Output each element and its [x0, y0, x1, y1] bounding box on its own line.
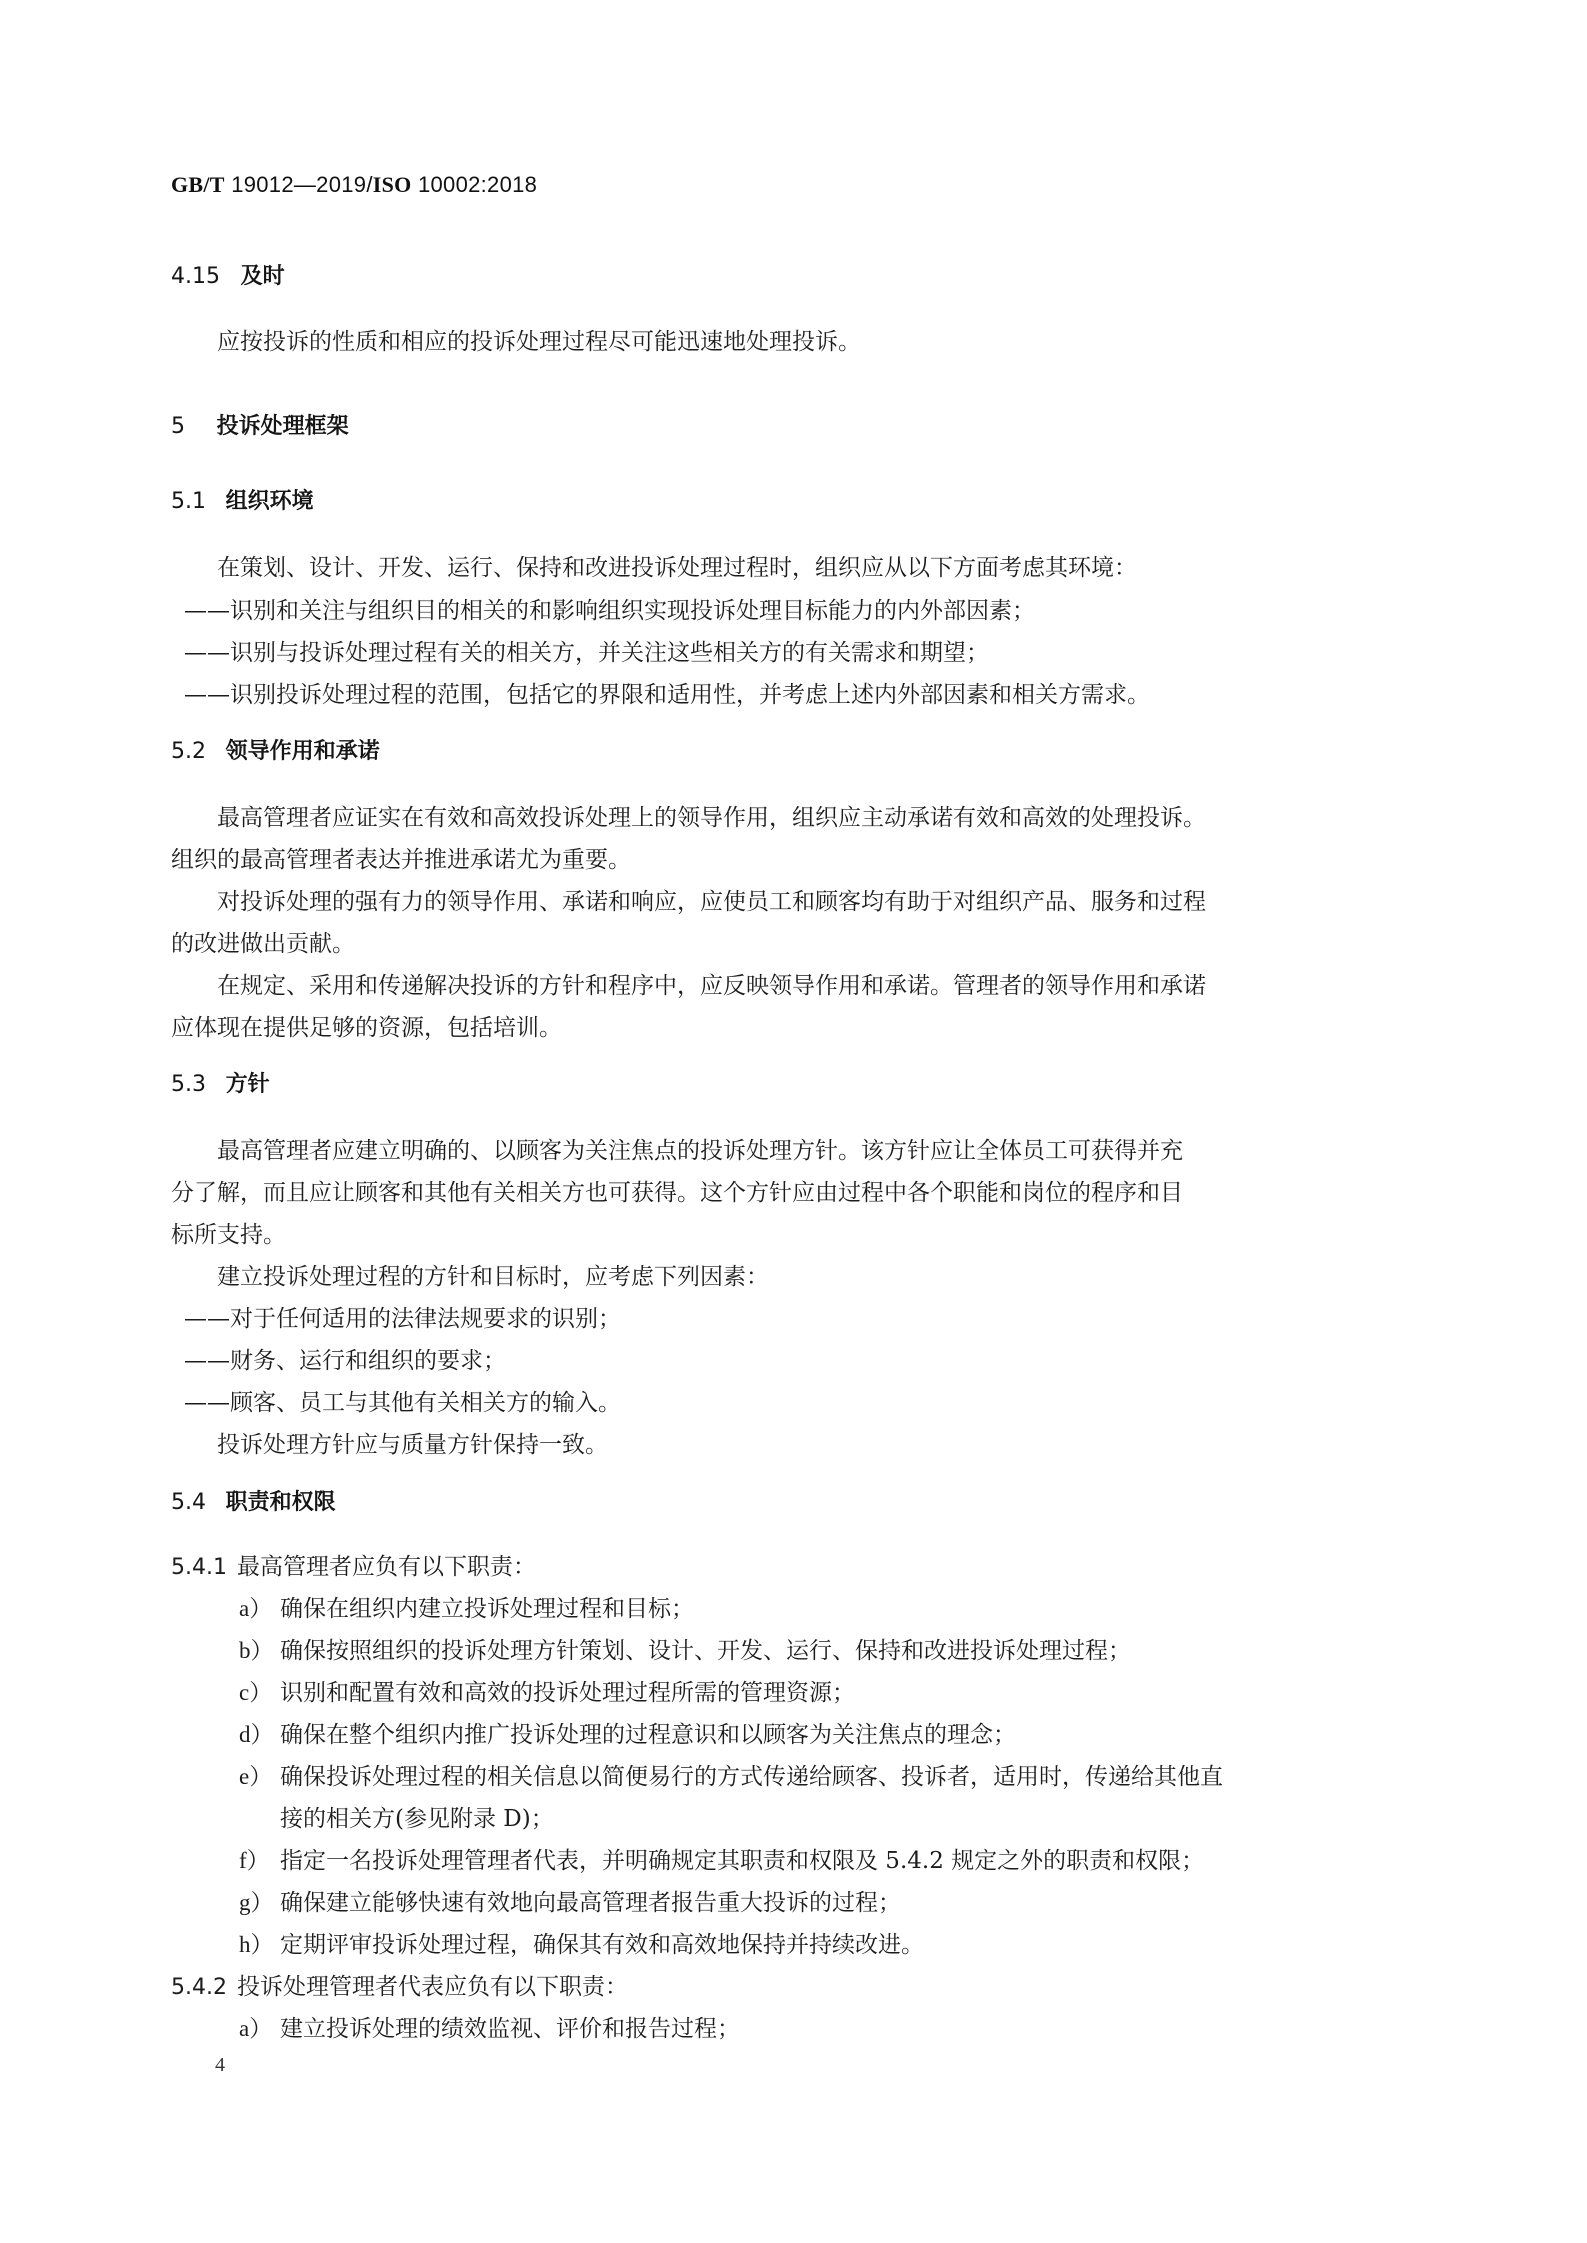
section-title: 领导作用和承诺 [226, 737, 380, 767]
section-heading-5-2: 5.2 领导作用和承诺 [171, 737, 380, 767]
subsection-intro: 投诉处理管理者代表应负有以下职责： [237, 1974, 628, 2000]
list-item: e）确保投诉处理过程的相关信息以简便易行的方式传递给顾客、投诉者，适用时，传递给… [239, 1762, 1223, 1792]
iso-number: 10002:2018 [418, 172, 537, 197]
document-page: GB/T 19012—2019/ISO 10002:2018 4.15 及时 应… [0, 0, 1587, 2243]
section-heading-5-4: 5.4 职责和权限 [171, 1488, 336, 1518]
list-item-text: 指定一名投诉处理管理者代表，并明确规定其职责和权限及 5.4.2 规定之外的职责… [280, 1848, 1204, 1874]
list-item-text: 确保在组织内建立投诉处理过程和目标； [280, 1596, 694, 1622]
standard-header: GB/T 19012—2019/ISO 10002:2018 [171, 172, 537, 198]
list-item: a）确保在组织内建立投诉处理过程和目标； [239, 1594, 694, 1624]
list-marker: b） [239, 1636, 280, 1666]
paragraph: 在策划、设计、开发、运行、保持和改进投诉处理过程时，组织应从以下方面考虑其环境： [217, 553, 1137, 583]
iso-prefix: ISO [373, 172, 412, 197]
list-item: h）定期评审投诉处理过程，确保其有效和高效地保持并持续改进。 [239, 1930, 924, 1960]
list-item-text: 确保按照组织的投诉处理方针策划、设计、开发、运行、保持和改进投诉处理过程； [280, 1638, 1131, 1664]
list-marker: a） [239, 1594, 280, 1624]
section-number: 5.2 [171, 737, 218, 767]
section-number: 4.15 [171, 262, 233, 292]
list-marker: a） [239, 2014, 280, 2044]
list-item-continuation: 接的相关方(参见附录 D)； [280, 1804, 554, 1834]
list-item-text: 确保投诉处理过程的相关信息以简便易行的方式传递给顾客、投诉者，适用时，传递给其他… [280, 1764, 1223, 1790]
section-number: 5 [171, 412, 209, 442]
section-title: 组织环境 [226, 487, 314, 517]
paragraph-line: 分了解，而且应让顾客和其他有关相关方也可获得。这个方针应由过程中各个职能和岗位的… [171, 1178, 1183, 1208]
list-item: b）确保按照组织的投诉处理方针策划、设计、开发、运行、保持和改进投诉处理过程； [239, 1636, 1131, 1666]
standard-number: 19012—2019/ [231, 172, 373, 197]
paragraph-line: 最高管理者应建立明确的、以顾客为关注焦点的投诉处理方针。该方针应让全体员工可获得… [217, 1136, 1183, 1166]
list-item-text: 定期评审投诉处理过程，确保其有效和高效地保持并持续改进。 [280, 1932, 924, 1958]
section-number: 5.1 [171, 487, 218, 517]
list-marker: c） [239, 1678, 280, 1708]
paragraph-line: 组织的最高管理者表达并推进承诺尤为重要。 [171, 845, 631, 875]
section-number: 5.3 [171, 1070, 218, 1100]
list-item-text: 确保在整个组织内推广投诉处理的过程意识和以顾客为关注焦点的理念； [280, 1722, 1016, 1748]
section-heading-5-1: 5.1 组织环境 [171, 487, 314, 517]
dash-item: ——识别与投诉处理过程有关的相关方，并关注这些相关方的有关需求和期望； [184, 638, 989, 668]
list-marker: e） [239, 1762, 280, 1792]
dash-item: ——顾客、员工与其他有关相关方的输入。 [184, 1388, 621, 1418]
dash-item: ——对于任何适用的法律法规要求的识别； [184, 1304, 621, 1334]
list-item-text: 识别和配置有效和高效的投诉处理过程所需的管理资源； [280, 1680, 855, 1706]
list-item: d）确保在整个组织内推广投诉处理的过程意识和以顾客为关注焦点的理念； [239, 1720, 1016, 1750]
section-title: 方针 [226, 1070, 270, 1100]
list-marker: d） [239, 1720, 280, 1750]
paragraph-line: 在规定、采用和传递解决投诉的方针和程序中，应反映领导作用和承诺。管理者的领导作用… [217, 971, 1206, 1001]
section-title: 投诉处理框架 [217, 412, 349, 442]
page-number: 4 [215, 2054, 225, 2077]
section-heading-5: 5 投诉处理框架 [171, 412, 349, 442]
list-item: g）确保建立能够快速有效地向最高管理者报告重大投诉的过程； [239, 1888, 901, 1918]
section-heading-4-15: 4.15 及时 [171, 262, 285, 292]
paragraph-line: 的改进做出贡献。 [171, 929, 355, 959]
section-heading-5-3: 5.3 方针 [171, 1070, 270, 1100]
list-item: c）识别和配置有效和高效的投诉处理过程所需的管理资源； [239, 1678, 855, 1708]
paragraph: 投诉处理方针应与质量方针保持一致。 [217, 1430, 608, 1460]
paragraph: 应按投诉的性质和相应的投诉处理过程尽可能迅速地处理投诉。 [217, 327, 861, 357]
paragraph-line: 对投诉处理的强有力的领导作用、承诺和响应，应使员工和顾客均有助于对组织产品、服务… [217, 887, 1206, 917]
dash-item: ——财务、运行和组织的要求； [184, 1346, 506, 1376]
section-number: 5.4 [171, 1488, 218, 1518]
list-marker: h） [239, 1930, 280, 1960]
list-marker: f） [239, 1846, 280, 1876]
subsection-intro: 最高管理者应负有以下职责： [237, 1554, 536, 1580]
list-item-text: 建立投诉处理的绩效监视、评价和报告过程； [280, 2016, 740, 2042]
subsection-number: 5.4.1 [171, 1553, 237, 1583]
list-item: f）指定一名投诉处理管理者代表，并明确规定其职责和权限及 5.4.2 规定之外的… [239, 1846, 1204, 1876]
subsection-5-4-2: 5.4.2投诉处理管理者代表应负有以下职责： [171, 1972, 628, 2003]
section-title: 职责和权限 [226, 1488, 336, 1518]
standard-prefix: GB/T [171, 172, 225, 197]
list-item-text: 确保建立能够快速有效地向最高管理者报告重大投诉的过程； [280, 1890, 901, 1916]
list-item: a）建立投诉处理的绩效监视、评价和报告过程； [239, 2014, 740, 2044]
paragraph-line: 最高管理者应证实在有效和高效投诉处理上的领导作用，组织应主动承诺有效和高效的处理… [217, 803, 1206, 833]
list-marker: g） [239, 1888, 280, 1918]
subsection-5-4-1: 5.4.1最高管理者应负有以下职责： [171, 1552, 536, 1583]
dash-item: ——识别投诉处理过程的范围，包括它的界限和适用性，并考虑上述内外部因素和相关方需… [184, 680, 1150, 710]
paragraph: 建立投诉处理过程的方针和目标时，应考虑下列因素： [217, 1262, 769, 1292]
paragraph-line: 标所支持。 [171, 1220, 286, 1250]
subsection-number: 5.4.2 [171, 1973, 237, 2003]
dash-item: ——识别和关注与组织目的相关的和影响组织实现投诉处理目标能力的内外部因素； [184, 596, 1035, 626]
section-title: 及时 [241, 262, 285, 292]
paragraph-line: 应体现在提供足够的资源，包括培训。 [171, 1013, 562, 1043]
